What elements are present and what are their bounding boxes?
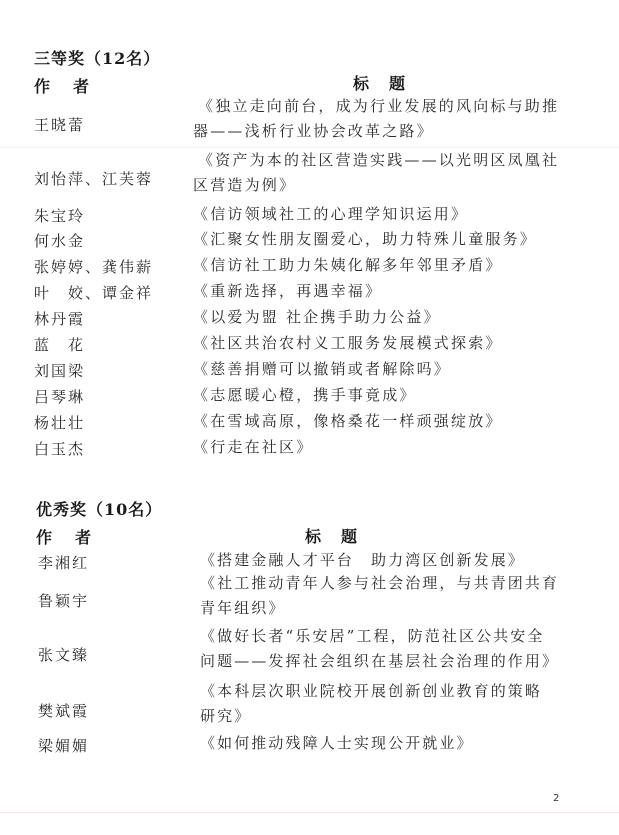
entry-author: 叶 姣、谭金祥 — [34, 282, 153, 303]
entry-author: 吕琴琳 — [34, 386, 85, 407]
entry-title: 《在雪域高原，像格桑花一样顽强绽放》 — [193, 409, 593, 434]
entry-title: 《志愿暖心橙，携手事竟成》 — [193, 383, 593, 408]
entry-title: 《信访领域社工的心理学知识运用》 — [193, 202, 593, 227]
entry-title-line: 《志愿暖心橙，携手事竟成》 — [193, 383, 593, 408]
entry-author: 林丹霞 — [34, 308, 85, 329]
entry-title: 《社区共治农村义工服务发展模式探索》 — [193, 331, 593, 356]
entry-title-line: 《社工推动青年人参与社会治理，与共青团共育 — [200, 571, 600, 596]
entry-title-line: 《本科层次职业院校开展创新创业教育的策略 — [200, 679, 600, 704]
entry-title-line: 《如何推动残障人士实现公开就业》 — [200, 731, 600, 756]
entry-title-line: 《行走在社区》 — [193, 435, 593, 460]
entry-title: 《搭建金融人才平台 助力湾区创新发展》 — [200, 548, 600, 573]
column-header-title: 标题 — [305, 524, 357, 547]
entry-author: 蓝 花 — [34, 334, 85, 355]
entry-title-line: 《独立走向前台，成为行业发展的风向标与助推 — [198, 94, 593, 119]
entry-author: 梁媚媚 — [38, 735, 89, 756]
entry-title-line: 《重新选择，再遇幸福》 — [193, 279, 593, 304]
entry-title-line: 研究》 — [200, 704, 600, 729]
entry-title-line: 《信访社工助力朱姨化解多年邻里矛盾》 — [193, 253, 593, 278]
entry-author: 樊斌霞 — [38, 700, 89, 721]
entry-author: 刘国梁 — [34, 360, 85, 381]
entry-title-line: 《信访领域社工的心理学知识运用》 — [193, 202, 593, 227]
column-header-title-part: 题 — [341, 527, 357, 546]
entry-title: 《行走在社区》 — [193, 435, 593, 460]
entry-title-line: 器——浅析行业协会改革之路》 — [193, 119, 593, 144]
column-header-author: 作者 — [36, 525, 92, 548]
section-heading: 三等奖（12名） — [34, 46, 160, 69]
entry-title-line: 《资产为本的社区营造实践——以光明区凤凰社 — [198, 148, 593, 173]
entry-title: 《信访社工助力朱姨化解多年邻里矛盾》 — [193, 253, 593, 278]
entry-title: 《社工推动青年人参与社会治理，与共青团共育 青年组织》 — [200, 571, 600, 621]
entry-title-line: 《汇聚女性朋友圈爱心，助力特殊儿童服务》 — [193, 227, 593, 252]
column-header-author-part: 者 — [73, 77, 90, 96]
page-number: 2 — [553, 793, 559, 804]
entry-title: 《慈善捐赠可以撤销或者解除吗》 — [193, 357, 593, 382]
entry-title-line: 《以爱为盟 社企携手助力公益》 — [193, 305, 593, 330]
entry-title: 《本科层次职业院校开展创新创业教育的策略 研究》 — [200, 679, 600, 729]
entry-author: 白玉杰 — [34, 438, 85, 459]
column-header-author: 作者 — [34, 74, 90, 97]
column-header-title-part: 标 — [353, 74, 369, 93]
entry-title: 《汇聚女性朋友圈爱心，助力特殊儿童服务》 — [193, 227, 593, 252]
entry-author: 王晓蕾 — [34, 114, 85, 135]
entry-title: 《重新选择，再遇幸福》 — [193, 279, 593, 304]
section-heading: 优秀奖（10名） — [36, 497, 162, 520]
entry-title-line: 区营造为例》 — [193, 173, 593, 198]
entry-title: 《如何推动残障人士实现公开就业》 — [200, 731, 600, 756]
entry-author: 朱宝玲 — [34, 205, 85, 226]
entry-title: 《资产为本的社区营造实践——以光明区凤凰社 区营造为例》 — [193, 148, 593, 198]
column-header-title-part: 题 — [389, 74, 405, 93]
entry-author: 张婷婷、龚伟薪 — [34, 256, 153, 277]
column-header-author-part: 作 — [36, 528, 53, 547]
entry-title-line: 问题——发挥社会组织在基层社会治理的作用》 — [200, 649, 600, 674]
entry-author: 何水金 — [34, 230, 85, 251]
scan-artifact-line — [0, 812, 619, 813]
entry-title-line: 青年组织》 — [200, 596, 600, 621]
entry-author: 杨壮壮 — [34, 412, 85, 433]
entry-title-line: 《在雪域高原，像格桑花一样顽强绽放》 — [193, 409, 593, 434]
entry-title: 《独立走向前台，成为行业发展的风向标与助推 器——浅析行业协会改革之路》 — [193, 94, 593, 144]
column-header-title: 标题 — [353, 71, 405, 94]
entry-author: 李湘红 — [38, 552, 89, 573]
entry-author: 刘怡萍、江芙蓉 — [34, 168, 153, 189]
column-header-title-part: 标 — [305, 527, 321, 546]
entry-author: 鲁颖宇 — [38, 590, 89, 611]
entry-title-line: 《社区共治农村义工服务发展模式探索》 — [193, 331, 593, 356]
entry-author: 张文臻 — [38, 644, 89, 665]
entry-title-line: 《做好长者“乐安居”工程，防范社区公共安全 — [200, 624, 600, 649]
entry-title-line: 《搭建金融人才平台 助力湾区创新发展》 — [200, 548, 600, 573]
entry-title: 《以爱为盟 社企携手助力公益》 — [193, 305, 593, 330]
column-header-author-part: 者 — [75, 528, 92, 547]
column-header-author-part: 作 — [34, 77, 51, 96]
entry-title: 《做好长者“乐安居”工程，防范社区公共安全 问题——发挥社会组织在基层社会治理的… — [200, 624, 600, 674]
document-page: 三等奖（12名） 作者 标题 王晓蕾 《独立走向前台，成为行业发展的风向标与助推… — [0, 0, 619, 835]
entry-title-line: 《慈善捐赠可以撤销或者解除吗》 — [193, 357, 593, 382]
